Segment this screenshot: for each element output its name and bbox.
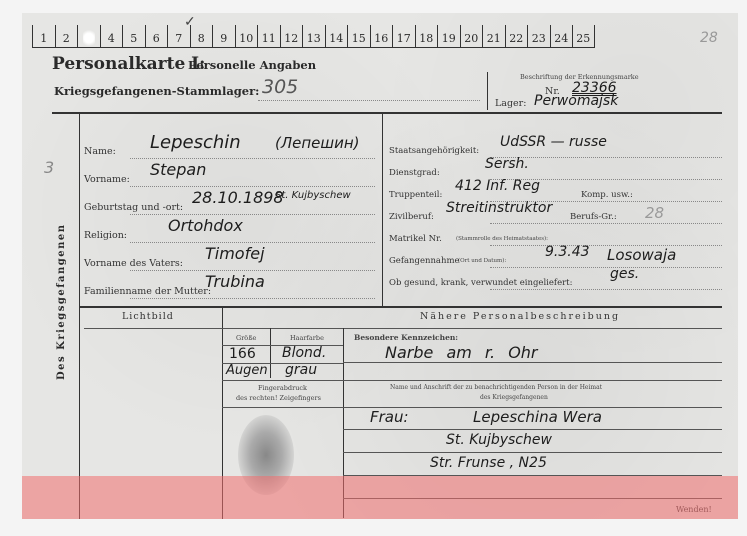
ruler-cell: 17 bbox=[392, 25, 415, 47]
ruler-cell: 19 bbox=[437, 25, 460, 47]
ruler-cell: 6 bbox=[145, 25, 168, 47]
contact-line-2: St. Kujbyschew bbox=[446, 432, 552, 448]
field-value: 412 Inf. Reg bbox=[455, 178, 540, 194]
camp-value: 305 bbox=[262, 76, 298, 98]
field-label: Staatsangehörigkeit: bbox=[389, 146, 479, 156]
ruler-cell: 13 bbox=[302, 25, 325, 47]
field-value: 28.10.1898 bbox=[192, 188, 284, 207]
field-label: Name: bbox=[84, 146, 116, 157]
hair-value: Blond. bbox=[282, 345, 326, 361]
contact-line-1a: Frau: bbox=[370, 408, 409, 426]
field-label: Zivilberuf: bbox=[389, 212, 434, 222]
size-value: 166 bbox=[229, 346, 256, 362]
ruler-cell: 9 bbox=[212, 25, 235, 47]
desc-header: Nähere Personalbeschreibung bbox=[420, 311, 620, 322]
contact-line-1b: Lepeschina Wera bbox=[473, 408, 602, 426]
side-label: Des Kriegsgefangenen bbox=[56, 223, 67, 380]
fingerprint-caption-2: des rechten! Zeigefingers bbox=[236, 394, 321, 402]
field-label: Vorname: bbox=[84, 174, 130, 185]
field-label: Familienname der Mutter: bbox=[84, 286, 211, 297]
number-ruler: 1234567891011121314151617181920212223242… bbox=[32, 25, 595, 48]
ruler-cell: 25 bbox=[572, 25, 595, 47]
card-subtitle: Personelle Angaben bbox=[188, 58, 316, 72]
ruler-cell: 22 bbox=[505, 25, 528, 47]
lager-label: Lager: bbox=[495, 98, 526, 109]
field-value: Streitinstruktor bbox=[446, 200, 552, 216]
field-label: Matrikel Nr. bbox=[389, 234, 442, 244]
field-label: Truppenteil: bbox=[389, 190, 442, 200]
eyes-label: Augen bbox=[226, 363, 268, 378]
field-label-small: (Ort und Datum): bbox=[458, 258, 506, 264]
field-value: Ortohdox bbox=[168, 216, 243, 235]
ruler-cell: 20 bbox=[460, 25, 483, 47]
pencil-mark: 28 bbox=[700, 30, 718, 46]
field-value: Trubina bbox=[205, 272, 265, 291]
ruler-cell: 2 bbox=[55, 25, 78, 47]
field-value: Stepan bbox=[150, 160, 206, 179]
ruler-cell: 18 bbox=[415, 25, 438, 47]
marks-label: Besondere Kennzeichen: bbox=[354, 333, 458, 342]
field-value-2: 28 bbox=[645, 204, 664, 222]
field-label: Gefangennahme bbox=[389, 256, 460, 266]
contact-line-3: Str. Frunse , N25 bbox=[430, 455, 547, 471]
eyes-value: grau bbox=[285, 362, 317, 378]
field-label: Ob gesund, krank, verwundet eingeliefert… bbox=[389, 278, 572, 288]
card-title: Personalkarte I: bbox=[52, 54, 205, 74]
margin-number: 3 bbox=[44, 158, 54, 177]
ruler-cell: 4 bbox=[100, 25, 123, 47]
field-value: UdSSR — russe bbox=[500, 134, 607, 150]
field-label: Religion: bbox=[84, 230, 127, 241]
fingerprint-caption-1: Fingerabdruck bbox=[258, 384, 307, 392]
ruler-cell: 12 bbox=[280, 25, 303, 47]
ruler-cell: 1 bbox=[32, 25, 55, 47]
field-label: Vorname des Vaters: bbox=[84, 258, 183, 269]
marks-value: Narbe am r. Ohr bbox=[385, 343, 538, 362]
field-label-2: Komp. usw.: bbox=[581, 190, 633, 200]
field-value: Timofej bbox=[205, 244, 265, 263]
ruler-cell: 24 bbox=[550, 25, 573, 47]
lager-value: Perwomajsk bbox=[534, 93, 618, 109]
field-label: Geburtstag und -ort: bbox=[84, 202, 183, 213]
field-value: ges. bbox=[610, 266, 639, 282]
contact-caption-1: Name und Anschrift der zu benachrichtige… bbox=[390, 384, 602, 391]
ruler-cell: 11 bbox=[257, 25, 280, 47]
field-label-small: (Stammrolle des Heimatstaates): bbox=[456, 236, 548, 242]
field-value: 9.3.43 bbox=[545, 244, 590, 260]
camp-label: Kriegsgefangenen-Stammlager: bbox=[54, 84, 259, 98]
ruler-cell: 15 bbox=[347, 25, 370, 47]
field-value: Sersh. bbox=[485, 156, 529, 172]
contact-caption-2: des Kriegsgefangenen bbox=[480, 394, 548, 401]
field-label: Dienstgrad: bbox=[389, 168, 440, 178]
field-extra: St. Kujbyschew bbox=[275, 190, 351, 201]
size-header: Größe bbox=[236, 334, 256, 342]
check-mark-icon: ✓ bbox=[184, 14, 196, 30]
ruler-cell: 23 bbox=[527, 25, 550, 47]
ruler-cell: 21 bbox=[482, 25, 505, 47]
hair-header: Haarfarbe bbox=[290, 334, 324, 342]
field-value: Lepeschin bbox=[150, 132, 241, 153]
field-extra: Losowaja bbox=[607, 246, 676, 264]
ruler-cell: 10 bbox=[235, 25, 258, 47]
ruler-cell: 5 bbox=[122, 25, 145, 47]
ruler-cell: 14 bbox=[325, 25, 348, 47]
field-label-2: Berufs-Gr.: bbox=[570, 212, 617, 222]
punch-hole bbox=[83, 28, 95, 48]
field-extra: (Лепешин) bbox=[275, 134, 360, 152]
highlight-band bbox=[22, 476, 738, 519]
photo-header: Lichtbild bbox=[122, 311, 174, 322]
ruler-cell: 16 bbox=[370, 25, 393, 47]
